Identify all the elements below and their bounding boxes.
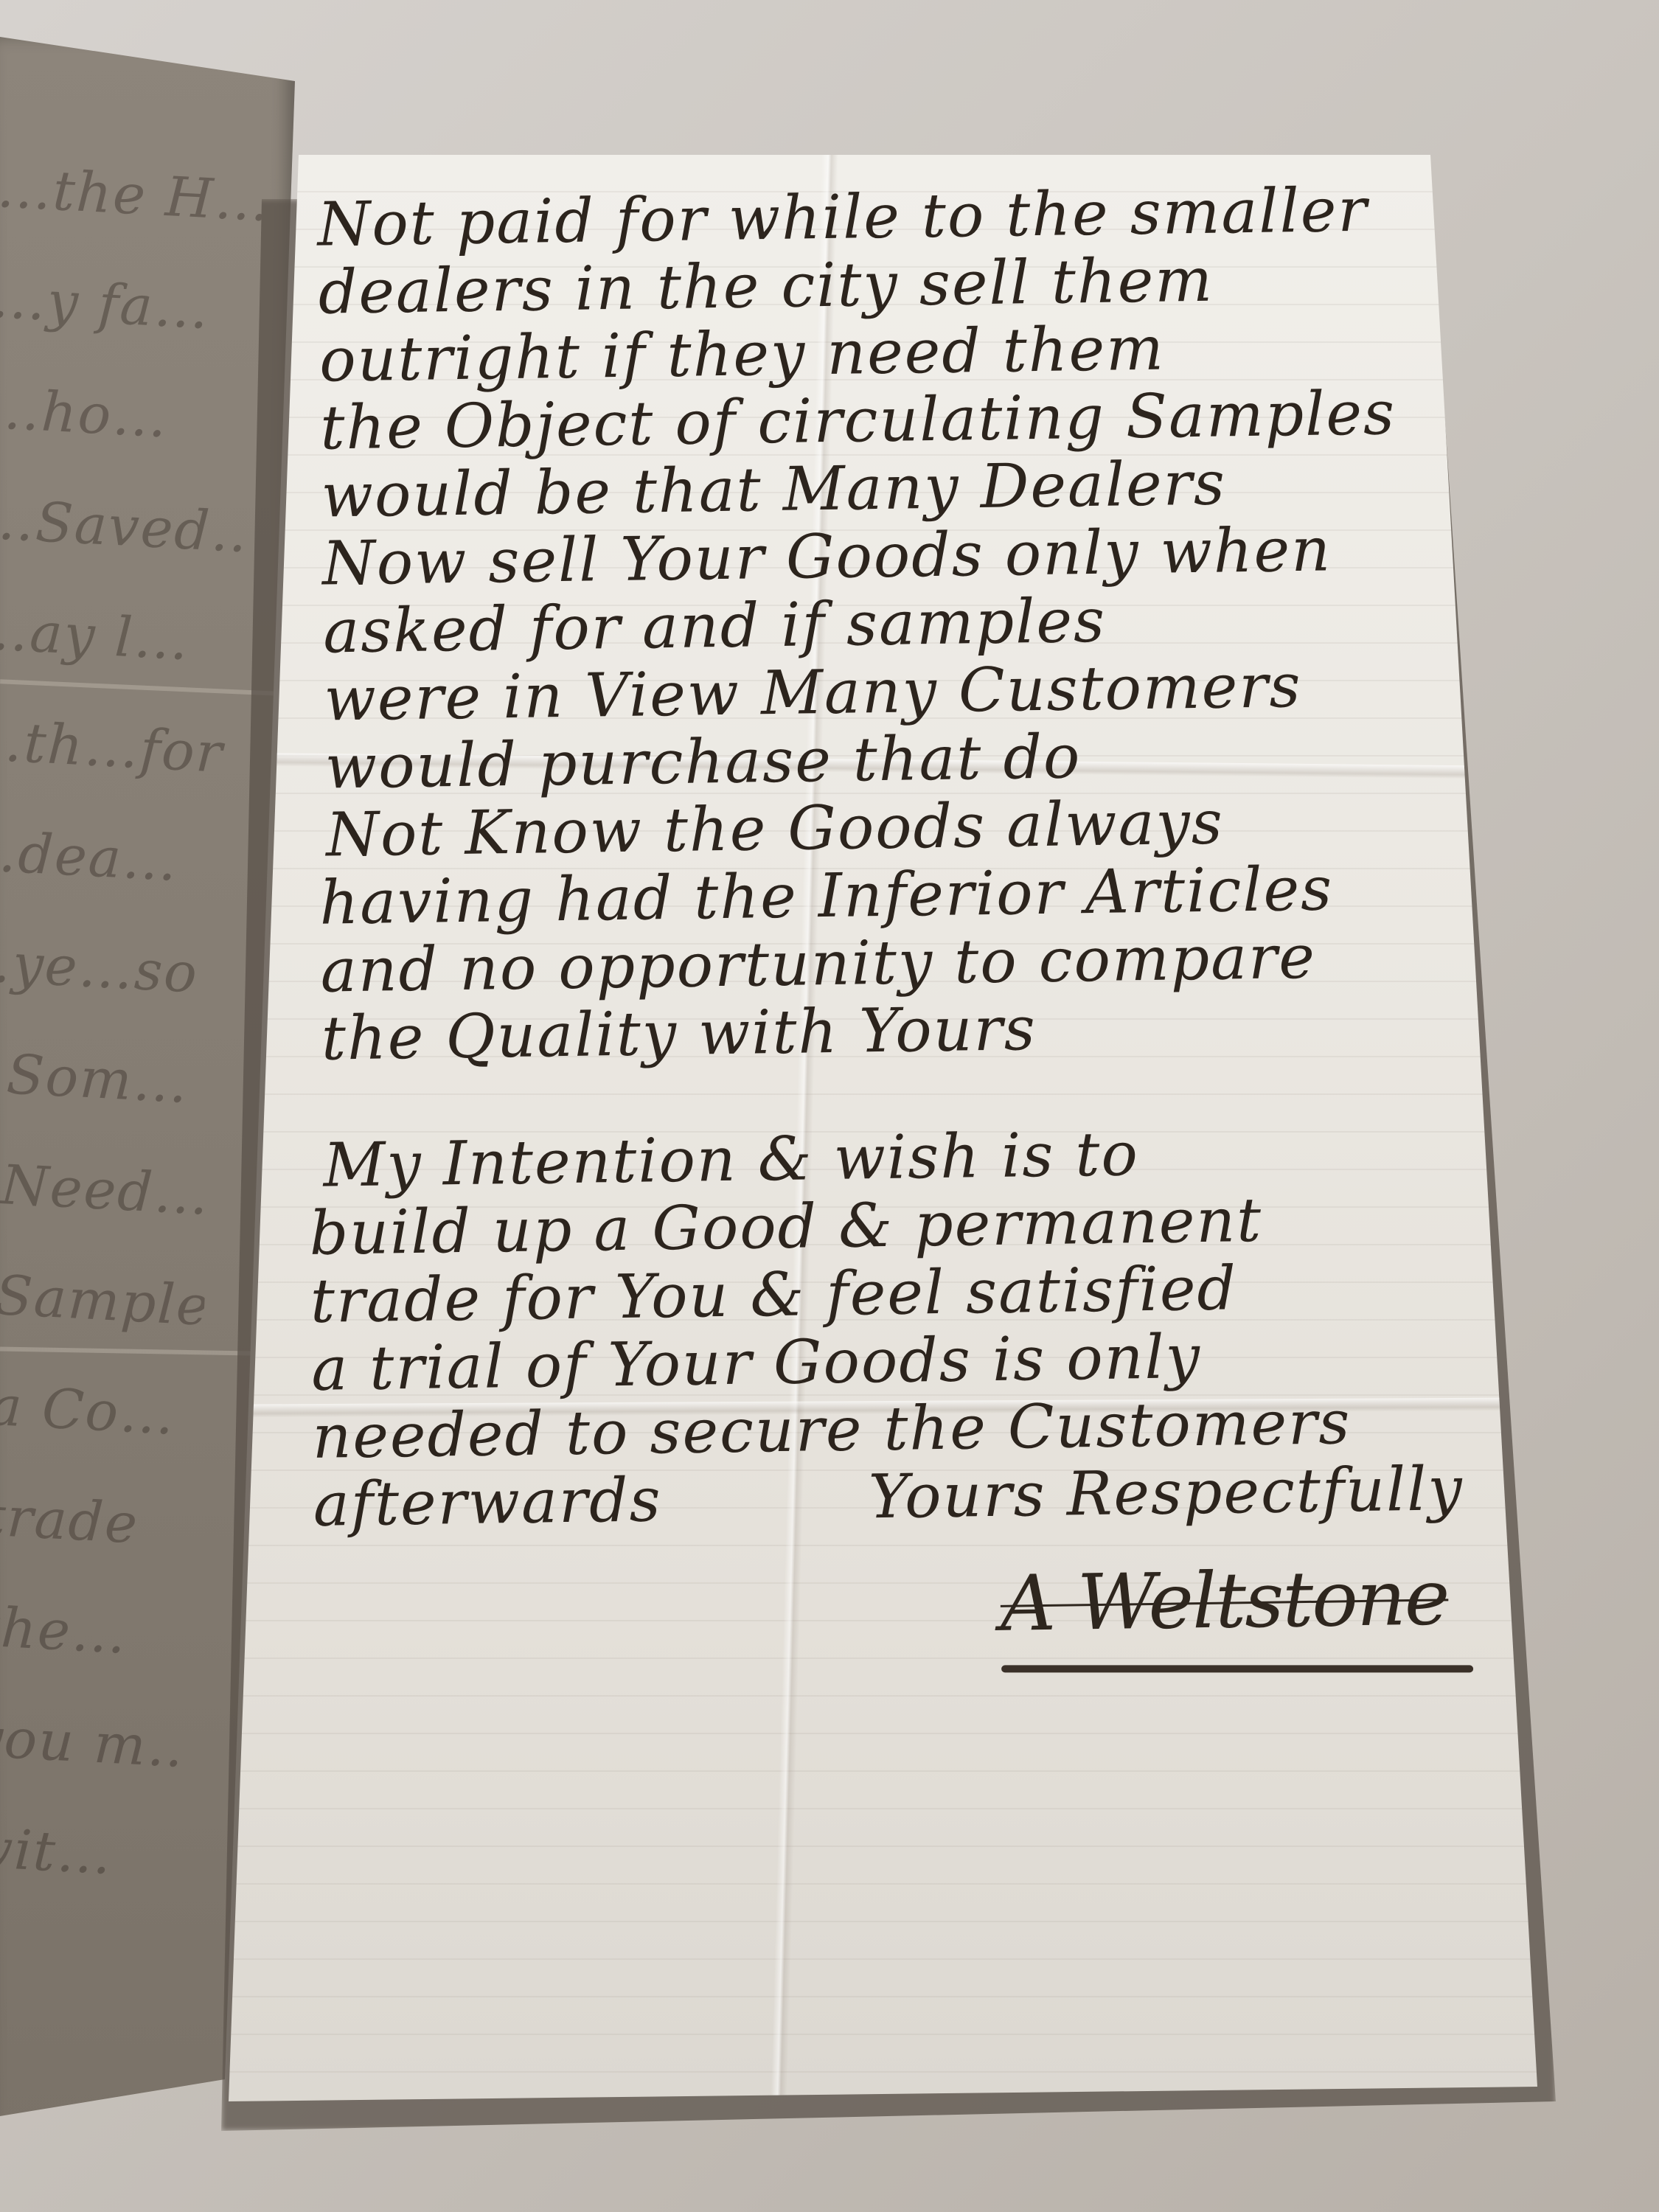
- bleed-line: …ay l…: [0, 574, 242, 699]
- bleed-line: …dea…: [0, 796, 230, 920]
- signature-block: A Weltstone: [1000, 1553, 1473, 1676]
- letter-body: Not paid for while to the smaller dealer…: [295, 175, 1510, 1685]
- signature: A Weltstone: [1000, 1553, 1473, 1648]
- letter-last-line: afterwards: [313, 1467, 662, 1540]
- bleed-line: …the H…: [0, 133, 265, 257]
- bleed-line: …the…: [0, 1568, 189, 1693]
- bleed-line: …Sample: [0, 1237, 207, 1362]
- bleed-line: …trade: [0, 1458, 195, 1583]
- signature-underline: [1001, 1665, 1473, 1672]
- bleed-line: …you m…: [0, 1679, 184, 1804]
- bleed-line: …ho…: [0, 354, 254, 479]
- bleed-line: …wit…: [0, 1790, 178, 1914]
- letter-line: the Quality with Yours: [306, 989, 1501, 1074]
- bleed-line: …Som…: [0, 1016, 219, 1141]
- letter-closing: Yours Respectfully: [868, 1455, 1478, 1532]
- bleed-line: …Saved…: [0, 464, 248, 588]
- bleed-line: …ye…so: [0, 906, 225, 1031]
- bleed-line: …Need…: [0, 1127, 213, 1251]
- closing-row: afterwards Yours Respectfully: [313, 1455, 1478, 1540]
- letter-page: Not paid for while to the smaller dealer…: [229, 155, 1548, 2101]
- bleed-line: …th…for: [0, 685, 236, 810]
- bleed-line: …a Co…: [0, 1348, 201, 1472]
- left-page-bleed-through-text: …the H… …y fa… …ho… …Saved… …ay l… …th…f…: [0, 133, 265, 1914]
- bleed-line: …y fa…: [0, 243, 260, 368]
